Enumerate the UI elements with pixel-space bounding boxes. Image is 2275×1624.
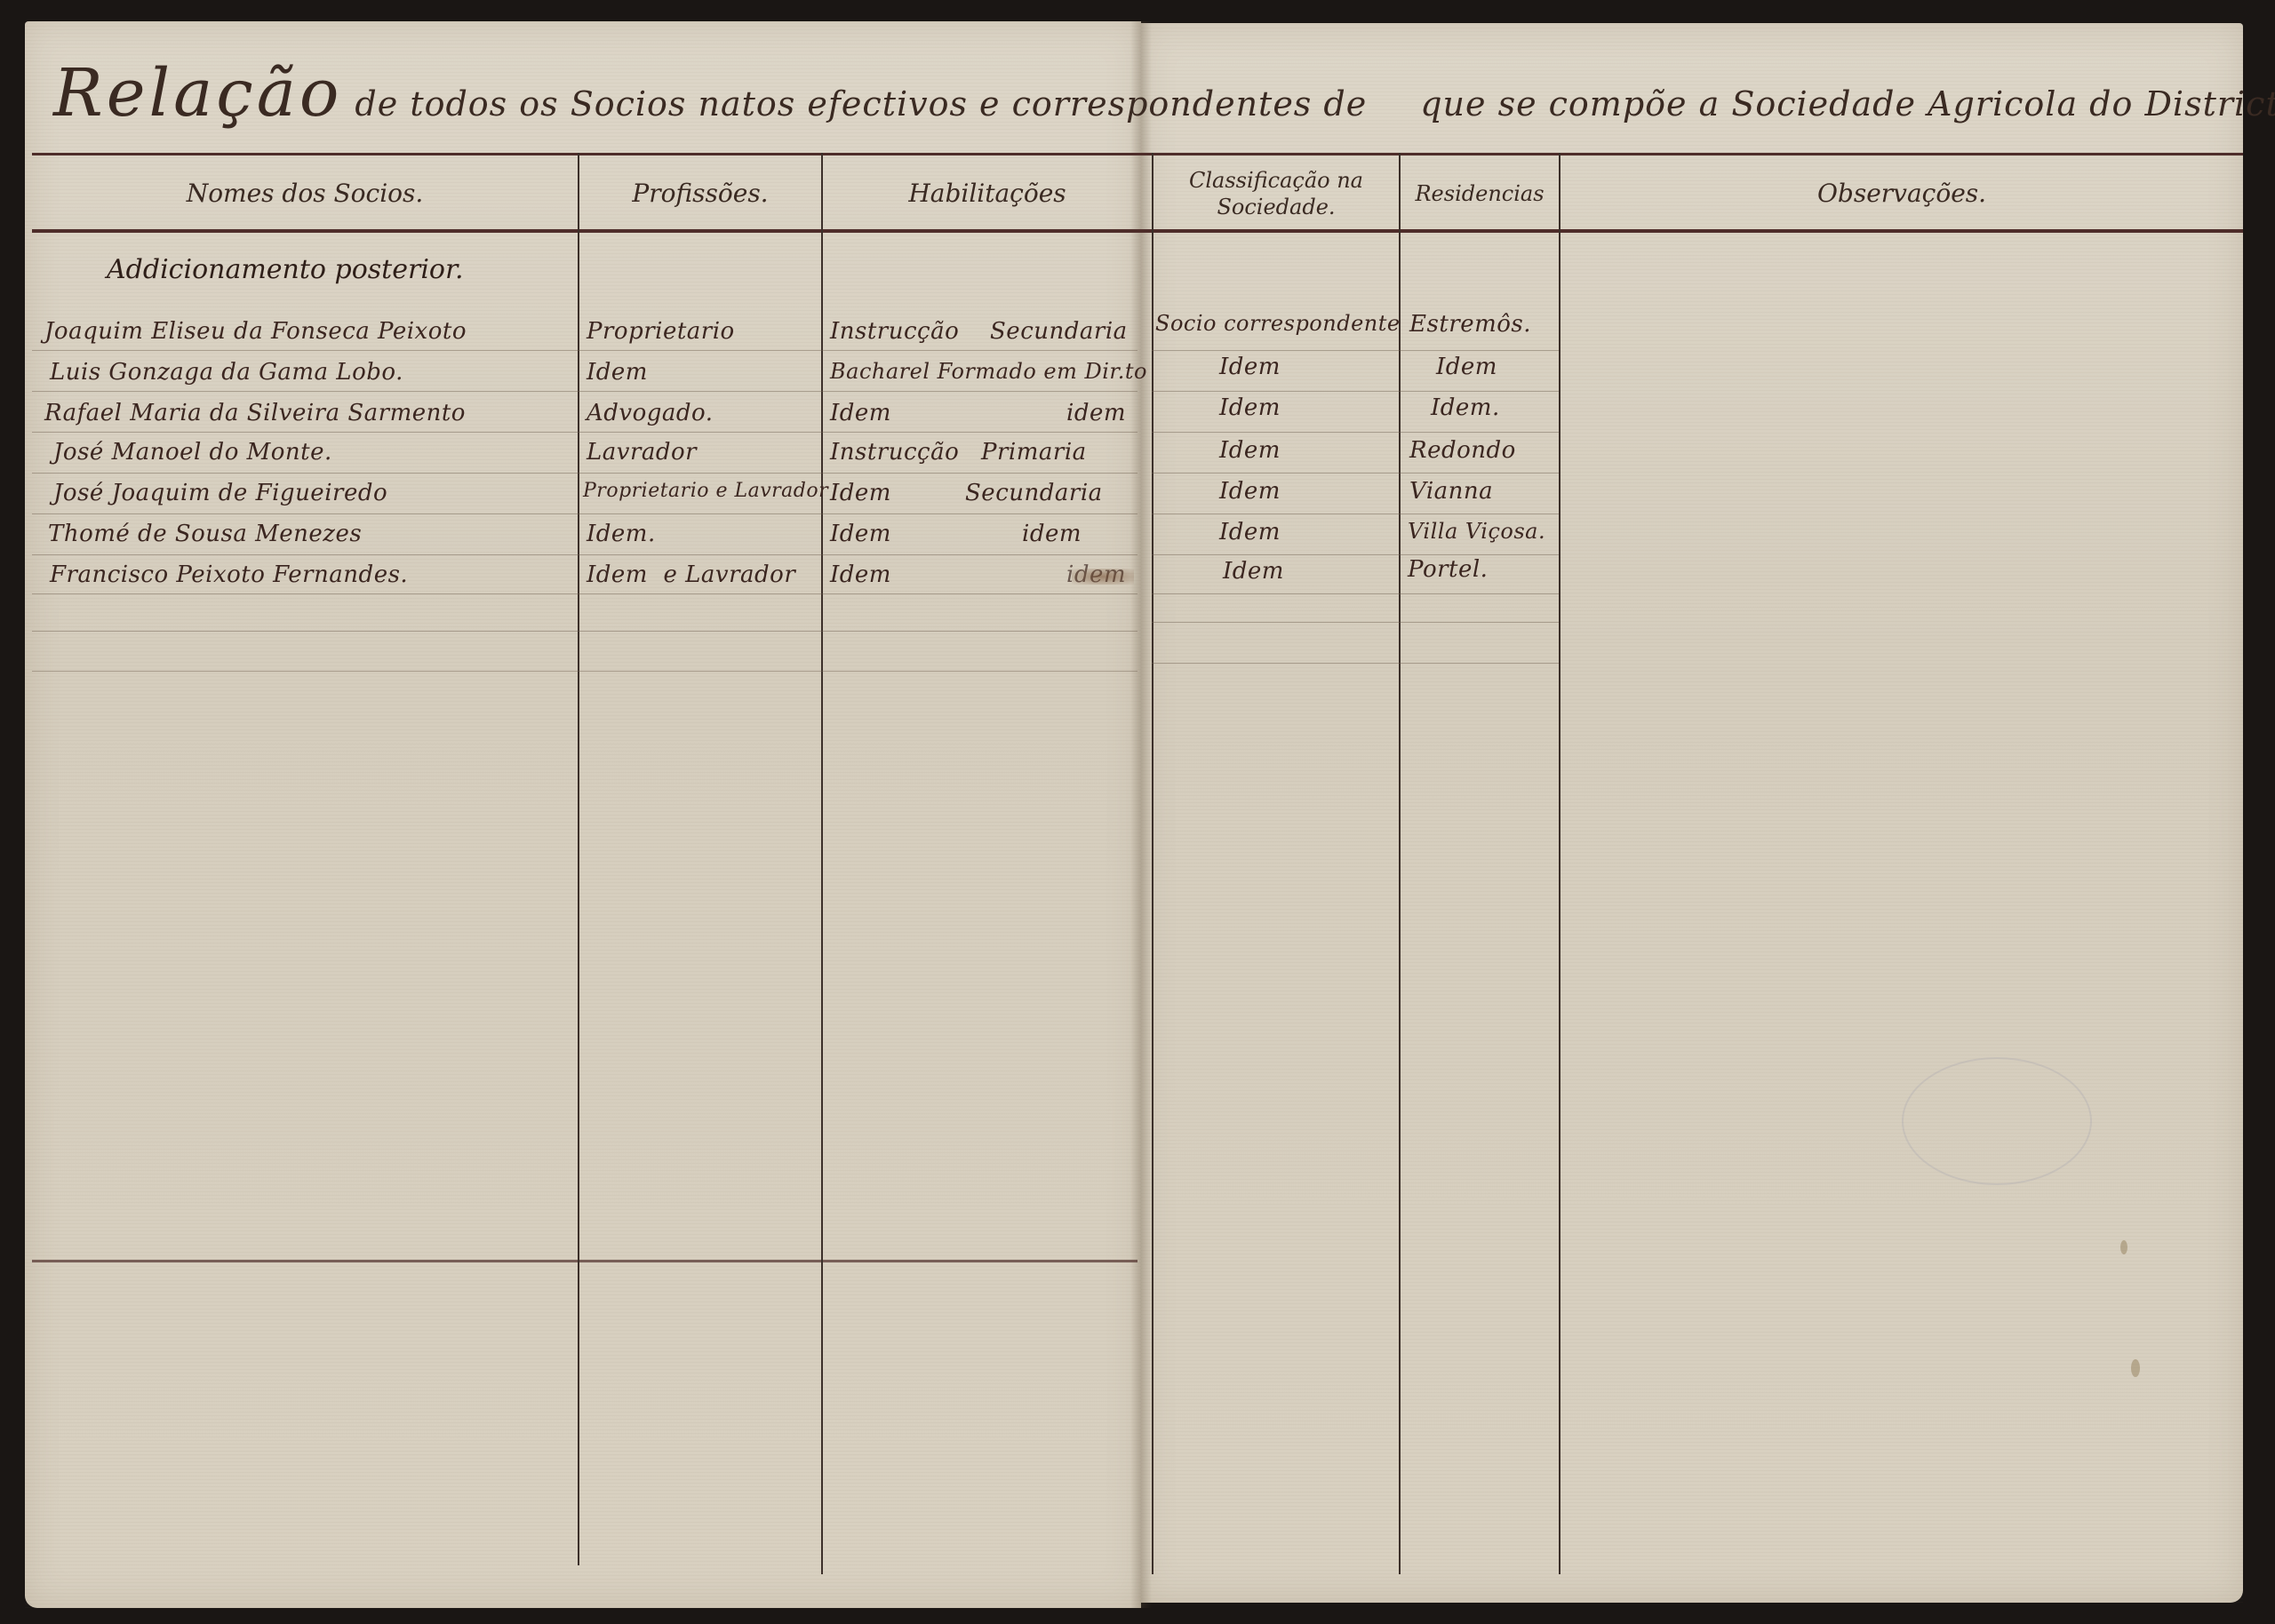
column-divider-3 (1152, 153, 1153, 1574)
cell-name: José Manoel do Monte. (53, 439, 332, 466)
cell-residence: Villa Viçosa. (1408, 519, 1545, 544)
row-rule (32, 432, 1137, 433)
cell-name: Thomé de Sousa Menezes (48, 521, 362, 547)
row-rule (32, 554, 1137, 555)
cell-residence: Redondo (1409, 437, 1516, 464)
cell-qualification-b: Secundaria (965, 480, 1103, 506)
row-rule (1152, 432, 1559, 433)
cell-profession: Proprietario (587, 318, 735, 345)
column-header-professions: Profissões. (579, 156, 821, 231)
column-header-classification: Classificação na Sociedade. (1153, 156, 1399, 231)
cell-classification: Socio correspondente (1155, 311, 1401, 336)
paper-stain (2131, 1359, 2140, 1377)
cell-classification: Idem (1219, 354, 1281, 380)
cell-qualification-a: Idem (830, 561, 891, 588)
footer-rule-left (32, 1260, 1137, 1262)
row-rule (32, 350, 1137, 351)
title-right: que se compõe a Sociedade Agricola do Di… (1420, 84, 2275, 123)
book-gutter (1130, 21, 1152, 1608)
row-rule (32, 473, 1137, 474)
cell-name: José Joaquim de Figueiredo (53, 480, 387, 506)
cell-name: Joaquim Eliseu da Fonseca Peixoto (44, 318, 467, 345)
cell-profession: Proprietario e Lavrador (583, 480, 828, 502)
row-rule (1152, 473, 1559, 474)
document-title: Relaçãode todos os Socios natos efectivo… (53, 55, 2168, 131)
cell-profession: Idem (587, 359, 648, 386)
column-header-names: Nomes dos Socios. (32, 156, 578, 231)
row-rule (32, 391, 1137, 392)
cell-qualification-a: Bacharel Formado em Dir.to (830, 359, 1147, 384)
column-divider-2 (821, 153, 823, 1574)
column-header-residences: Residencias (1401, 156, 1559, 231)
cell-qualification-b: Secundaria (990, 318, 1128, 345)
cell-qualification-a: Instrucção (830, 439, 959, 466)
cell-residence: Idem. (1431, 394, 1500, 421)
cell-qualification-b: idem (1066, 400, 1126, 426)
cell-classification: Idem (1219, 394, 1281, 421)
row-rule (32, 631, 1137, 632)
title-left: de todos os Socios natos efectivos e cor… (355, 84, 1367, 123)
cell-residence: Idem (1436, 354, 1497, 380)
cell-name: Francisco Peixoto Fernandes. (50, 561, 408, 588)
column-header-qualifications: Habilitações (823, 156, 1152, 231)
cell-profession: Idem e Lavrador (587, 561, 795, 588)
cell-name: Rafael Maria da Silveira Sarmento (44, 400, 466, 426)
cell-qualification-b: idem (1022, 521, 1082, 547)
cell-profession: Advogado. (587, 400, 714, 426)
column-divider-4 (1399, 153, 1401, 1574)
cell-qualification-b: Primaria (981, 439, 1087, 466)
title-initial: Relação (53, 55, 342, 131)
row-rule (1152, 622, 1559, 623)
cell-residence: Vianna (1409, 478, 1493, 505)
cell-qualification-a: Instrucção (830, 318, 959, 345)
cell-qualification-a: Idem (830, 480, 891, 506)
cell-classification: Idem (1219, 478, 1281, 505)
row-rule (32, 671, 1137, 672)
section-heading: Addicionamento posterior. (107, 254, 464, 285)
cell-qualification-a: Idem (830, 400, 891, 426)
row-rule (1152, 513, 1559, 514)
cell-profession: Lavrador (587, 439, 697, 466)
cell-profession: Idem. (587, 521, 656, 547)
header-top-rule (32, 153, 2243, 155)
paper-stain (2120, 1240, 2127, 1254)
row-rule (1152, 350, 1559, 351)
row-rule (1152, 391, 1559, 392)
cell-residence: Portel. (1408, 556, 1488, 583)
cell-classification: Idem (1223, 558, 1284, 585)
ink-smudge (1072, 569, 1134, 585)
row-rule (1152, 663, 1559, 664)
cell-classification: Idem (1219, 519, 1281, 545)
cell-name: Luis Gonzaga da Gama Lobo. (50, 359, 403, 386)
column-header-observations: Observações. (1561, 156, 2243, 231)
cell-classification: Idem (1219, 437, 1281, 464)
cell-residence: Estremôs. (1409, 311, 1531, 338)
column-divider-1 (578, 153, 579, 1565)
row-rule (32, 513, 1137, 514)
row-rule (1152, 554, 1559, 555)
cell-qualification-a: Idem (830, 521, 891, 547)
row-rule (1152, 593, 1559, 594)
row-rule (32, 593, 1137, 594)
column-divider-5 (1559, 153, 1561, 1574)
right-page (1141, 23, 2243, 1603)
faded-seal-stamp (1902, 1057, 2092, 1185)
